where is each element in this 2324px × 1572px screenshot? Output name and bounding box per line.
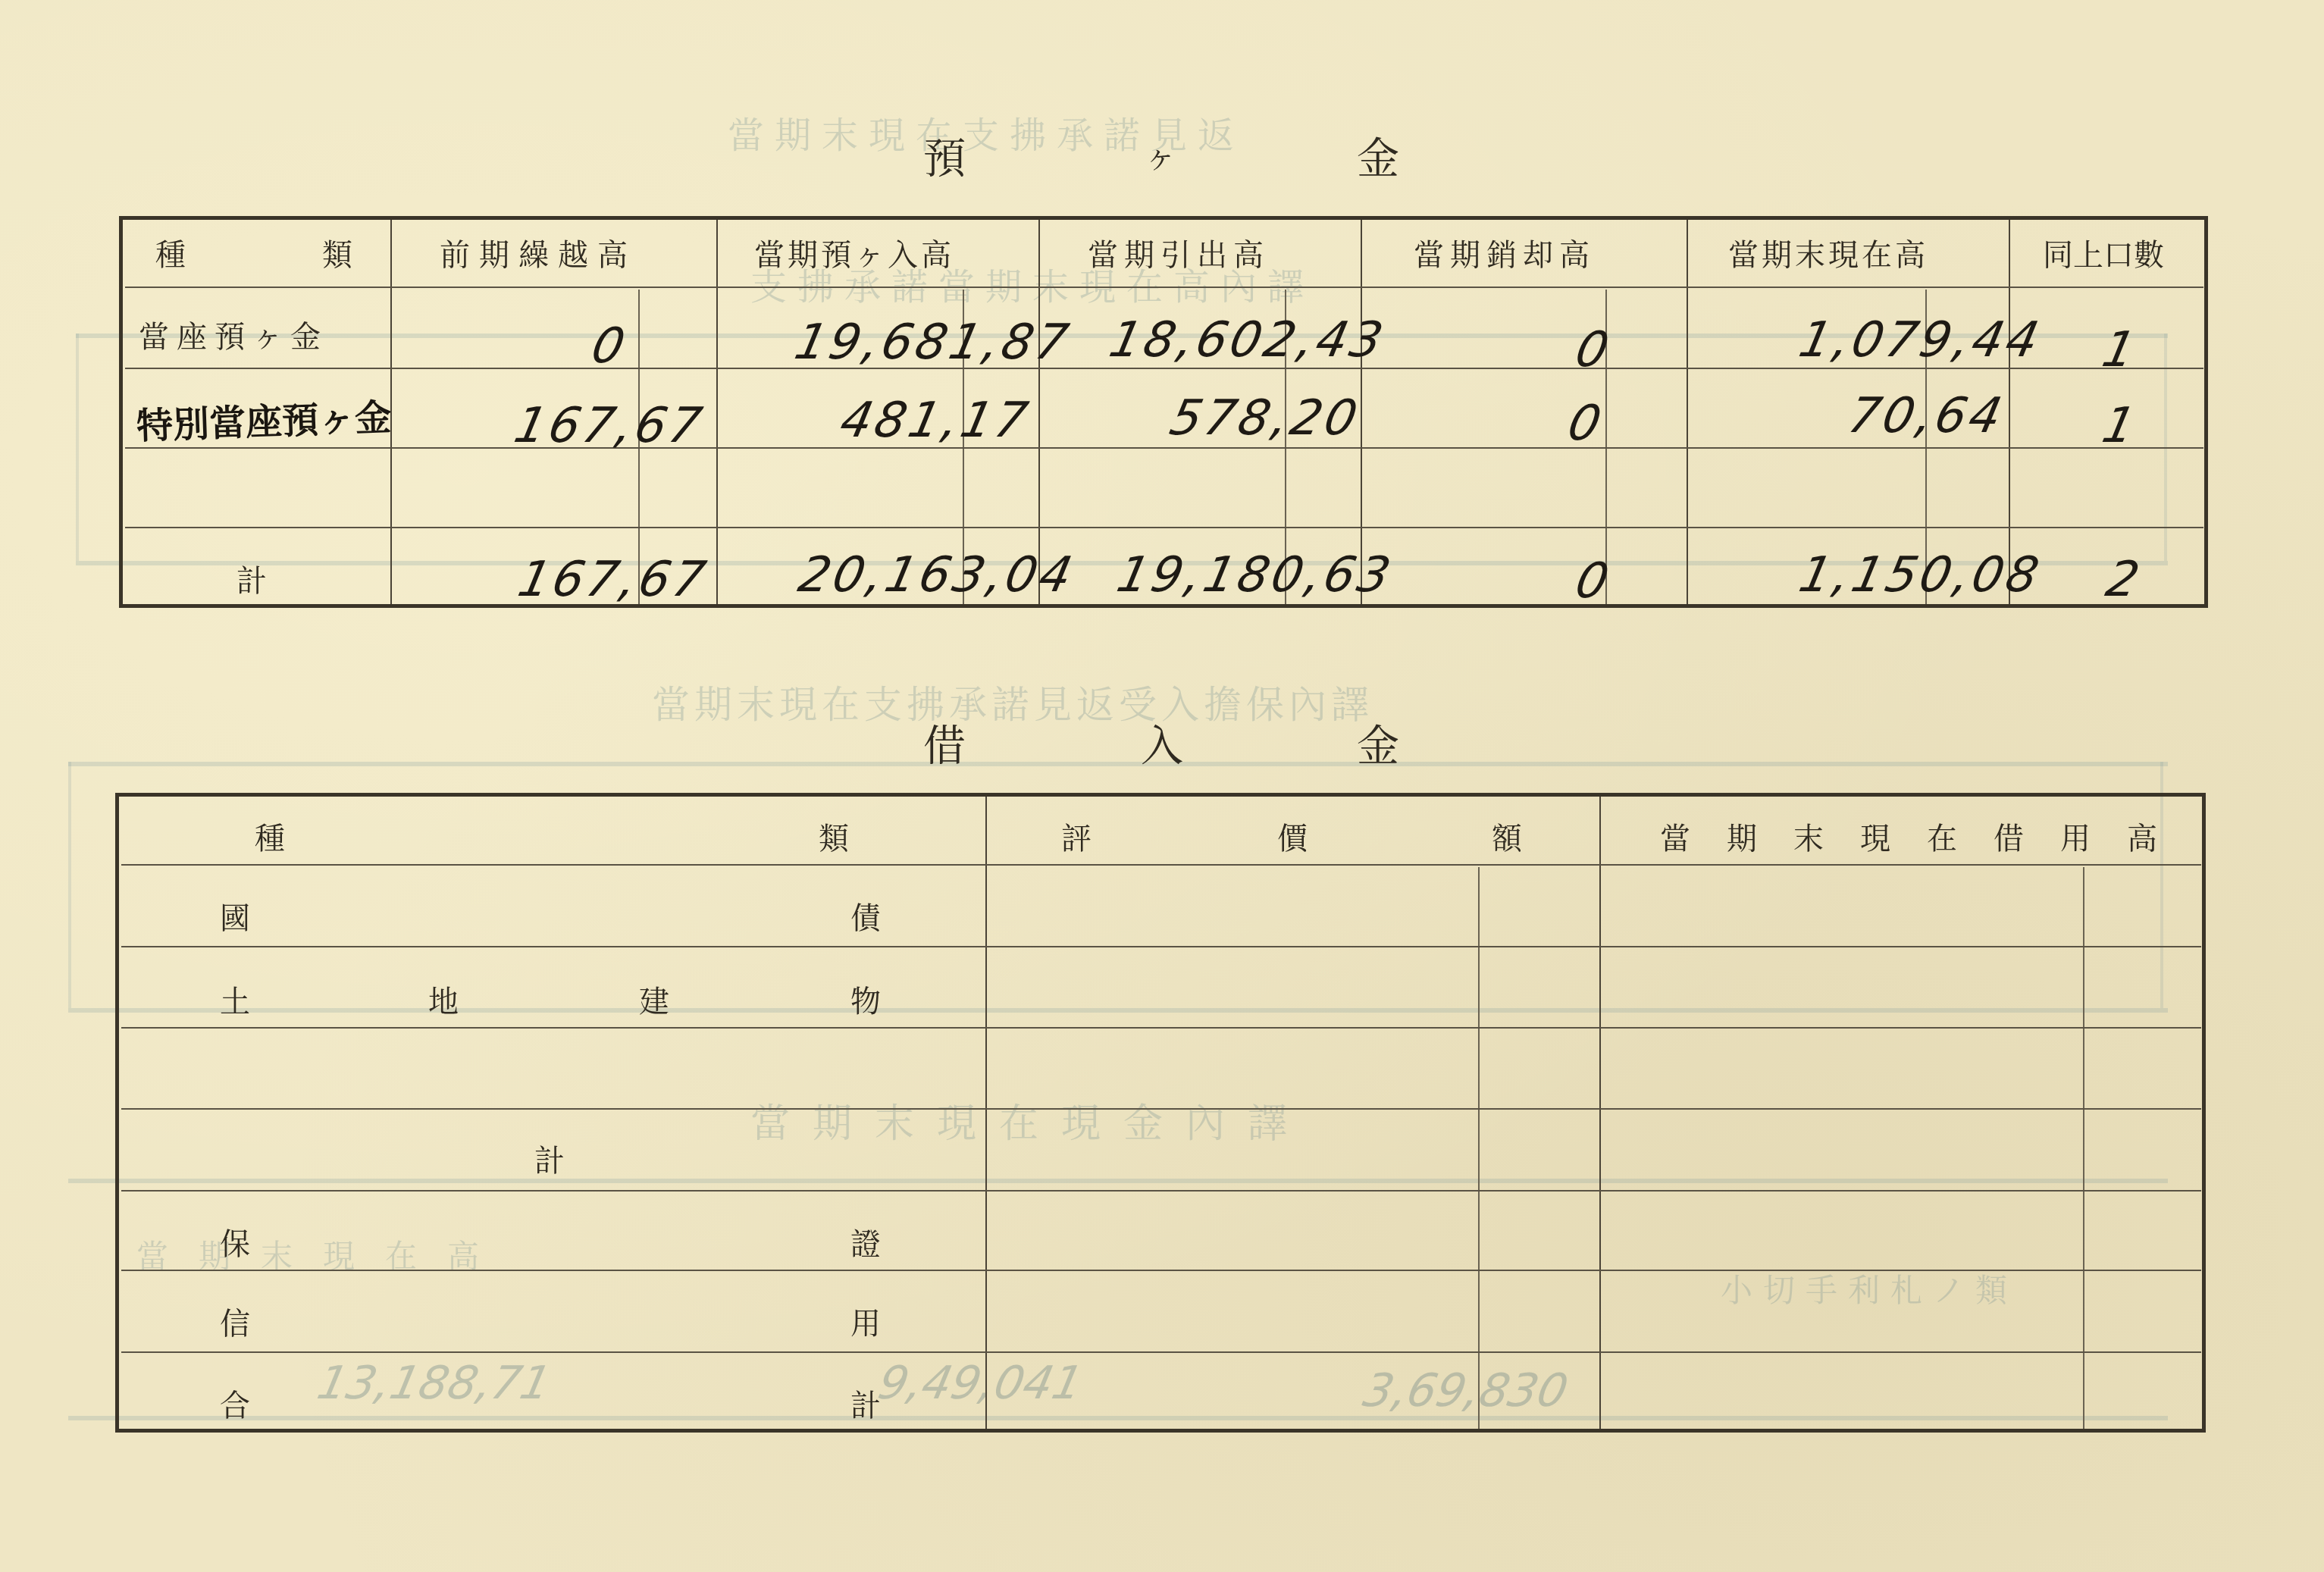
- row-divider: [125, 287, 2203, 288]
- header-kind-char: 種: [255, 815, 285, 858]
- deposits-title: 預 ヶ 金: [0, 125, 2324, 178]
- row-char: 計: [850, 1382, 881, 1425]
- row-char: 保: [220, 1220, 250, 1264]
- header-ending-balance: 當期末現在高: [1728, 231, 1928, 274]
- header-valuation-char: 價: [1277, 815, 1308, 858]
- header-prior-balance: 前期繰越高: [440, 231, 637, 274]
- subcolumn-divider: [2083, 867, 2084, 1429]
- row-char: 地: [428, 978, 459, 1021]
- header-kind-char: 類: [819, 815, 849, 858]
- cell-deposited: 481,17: [835, 393, 1035, 449]
- borrowings-title: 借 入 金: [0, 712, 2324, 766]
- row-char: 物: [850, 978, 881, 1021]
- total-deposited: 20,163,04: [794, 547, 1079, 603]
- row-char: 證: [850, 1220, 881, 1264]
- total-ending-balance: 1,150,08: [1794, 547, 2047, 603]
- row-kind: 當座預ヶ金: [139, 313, 328, 356]
- row-divider: [121, 1027, 2201, 1029]
- row-divider: [121, 864, 2201, 866]
- header-valuation-char: 額: [1492, 815, 1522, 858]
- header-kind-char: 種: [155, 238, 190, 273]
- row-divider: [121, 1351, 2201, 1353]
- row-char: 計: [534, 1137, 565, 1180]
- cell-prior-balance: 167,67: [509, 398, 709, 454]
- column-divider: [716, 220, 718, 604]
- header-kind-char: 類: [322, 231, 357, 274]
- cell-withdrawn: 578,20: [1165, 390, 1365, 446]
- title-char: 入: [1141, 712, 1183, 773]
- row-divider: [121, 1270, 2201, 1271]
- borrowings-table-border: [115, 793, 2206, 1433]
- title-char: 金: [1357, 125, 1399, 186]
- column-divider: [1038, 220, 1040, 604]
- bleed-line: [76, 334, 79, 561]
- header-ending-borrowed: 當期末現在借用高: [1660, 815, 2194, 858]
- column-divider: [1687, 220, 1688, 604]
- column-divider: [1599, 797, 1601, 1429]
- header-kind: 種 類: [155, 231, 190, 274]
- header-written-off: 當期銷却高: [1414, 231, 1596, 274]
- row-char: 用: [850, 1300, 881, 1343]
- row-char: 信: [220, 1300, 250, 1343]
- header-deposited: 當期預ヶ入高: [754, 231, 954, 274]
- column-divider: [1361, 220, 1362, 604]
- total-label: 計: [236, 557, 267, 600]
- header-withdrawn: 當期引出高: [1088, 231, 1270, 274]
- row-char: 國: [220, 894, 250, 938]
- bleed-line: [68, 762, 71, 1008]
- column-divider: [985, 797, 987, 1429]
- cell-ending-balance: 1,079,44: [1794, 312, 2047, 368]
- title-char: ヶ: [1145, 133, 1176, 178]
- cell-withdrawn: 18,602,43: [1104, 312, 1390, 368]
- column-divider: [2009, 220, 2010, 604]
- row-kind-handwritten: 特別當座預ヶ金: [136, 388, 392, 449]
- title-char: 借: [923, 712, 966, 773]
- row-divider: [121, 1108, 2201, 1110]
- header-valuation-char: 評: [1061, 815, 1092, 858]
- total-prior-balance: 167,67: [513, 552, 713, 608]
- row-divider: [125, 447, 2203, 449]
- title-char: 預: [923, 125, 966, 186]
- row-char: 合: [220, 1382, 250, 1425]
- total-withdrawn: 19,180,63: [1112, 547, 1398, 603]
- row-divider: [121, 1190, 2201, 1192]
- row-divider: [121, 946, 2201, 947]
- header-accounts: 同上口數: [2043, 231, 2164, 274]
- row-divider: [125, 527, 2203, 528]
- title-char: 金: [1357, 712, 1399, 773]
- row-char: 債: [850, 894, 881, 938]
- cell-ending-balance: 70,64: [1843, 388, 2009, 444]
- subcolumn-divider: [1478, 867, 1480, 1429]
- row-char: 土: [220, 978, 250, 1021]
- row-char: 建: [639, 978, 669, 1021]
- cell-deposited: 19,681,87: [790, 315, 1076, 371]
